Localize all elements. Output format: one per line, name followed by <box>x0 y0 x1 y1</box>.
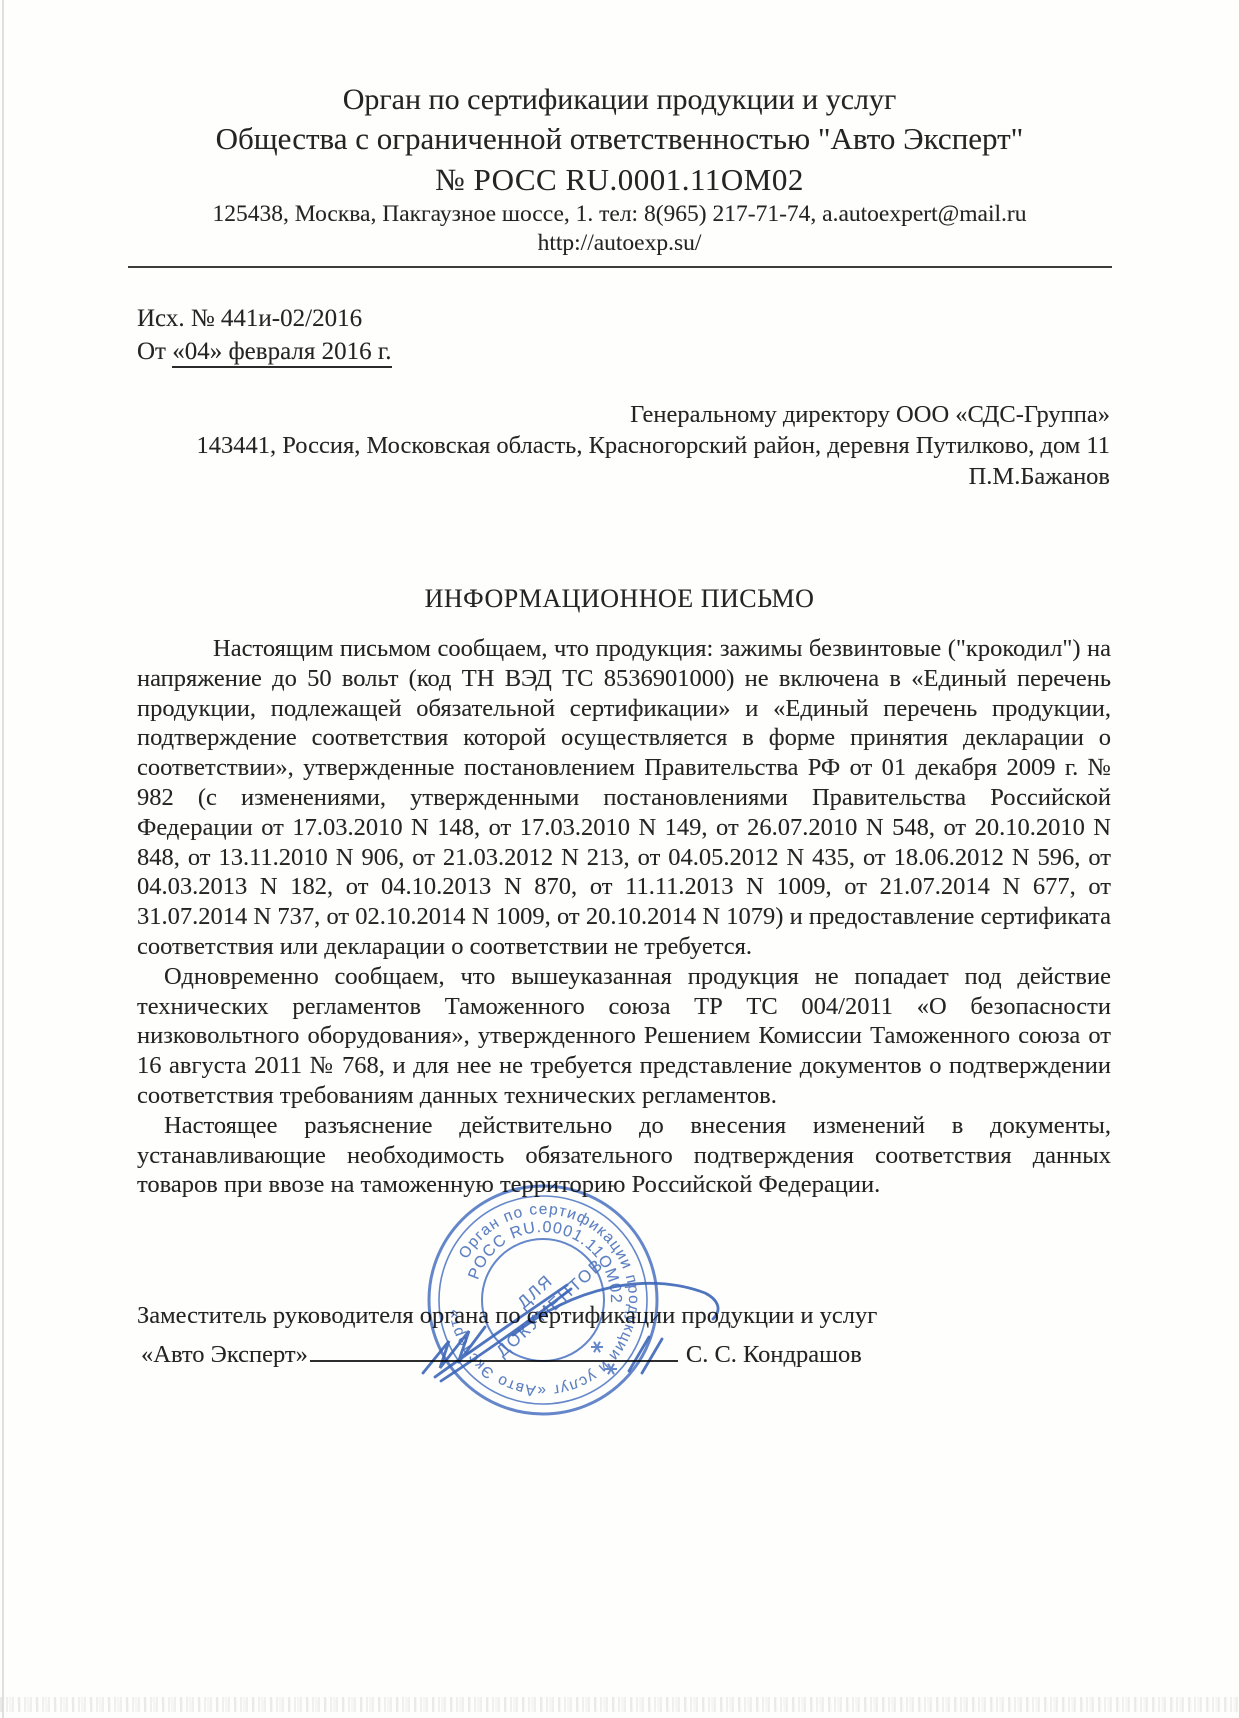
reference-block: Исх. № 441и-02/2016 От «04» февраля 2016… <box>137 302 392 368</box>
letterhead-org-line2: Общества с ограниченной ответственностью… <box>0 118 1239 160</box>
addressee-address: 143441, Россия, Московская область, Крас… <box>137 430 1110 461</box>
outgoing-number: Исх. № 441и-02/2016 <box>137 302 392 335</box>
body-paragraph-1: Настоящим письмом сообщаем, что продукци… <box>137 634 1111 962</box>
letterhead-org-line1: Орган по сертификации продукции и услуг <box>0 82 1239 118</box>
addressee-block: Генеральному директору ООО «СДС-Группа» … <box>137 399 1110 492</box>
document-page: Орган по сертификации продукции и услуг … <box>0 0 1239 1718</box>
letter-title: ИНФОРМАЦИОННОЕ ПИСЬМО <box>0 584 1239 614</box>
letterhead: Орган по сертификации продукции и услуг … <box>0 82 1239 257</box>
letter-date: «04» февраля 2016 г. <box>172 338 391 368</box>
body-paragraph-2: Одновременно сообщаем, что вышеуказанная… <box>137 962 1111 1111</box>
letterhead-address: 125438, Москва, Пакгаузное шоссе, 1. тел… <box>0 200 1239 229</box>
round-stamp: Орган по сертификации продукции и услуг … <box>395 1175 735 1445</box>
stamp-center-line2: ДОКУМЕНТОВ <box>493 1255 608 1361</box>
addressee-position: Генеральному директору ООО «СДС-Группа» <box>137 399 1110 430</box>
header-divider <box>128 266 1112 268</box>
date-prefix: От <box>137 338 172 365</box>
signature-company: «Авто Эксперт» <box>137 1341 308 1368</box>
scan-noise-artifact <box>0 1697 1239 1712</box>
letterhead-website: http://autoexp.su/ <box>0 229 1239 257</box>
letterhead-reg-number: № РОСС RU.0001.11ОМ02 <box>0 160 1239 200</box>
letter-body: Настоящим письмом сообщаем, что продукци… <box>137 634 1111 1200</box>
letter-date-line: От «04» февраля 2016 г. <box>137 335 392 368</box>
addressee-name: П.М.Бажанов <box>137 461 1110 492</box>
scan-edge-artifact <box>2 0 4 1718</box>
